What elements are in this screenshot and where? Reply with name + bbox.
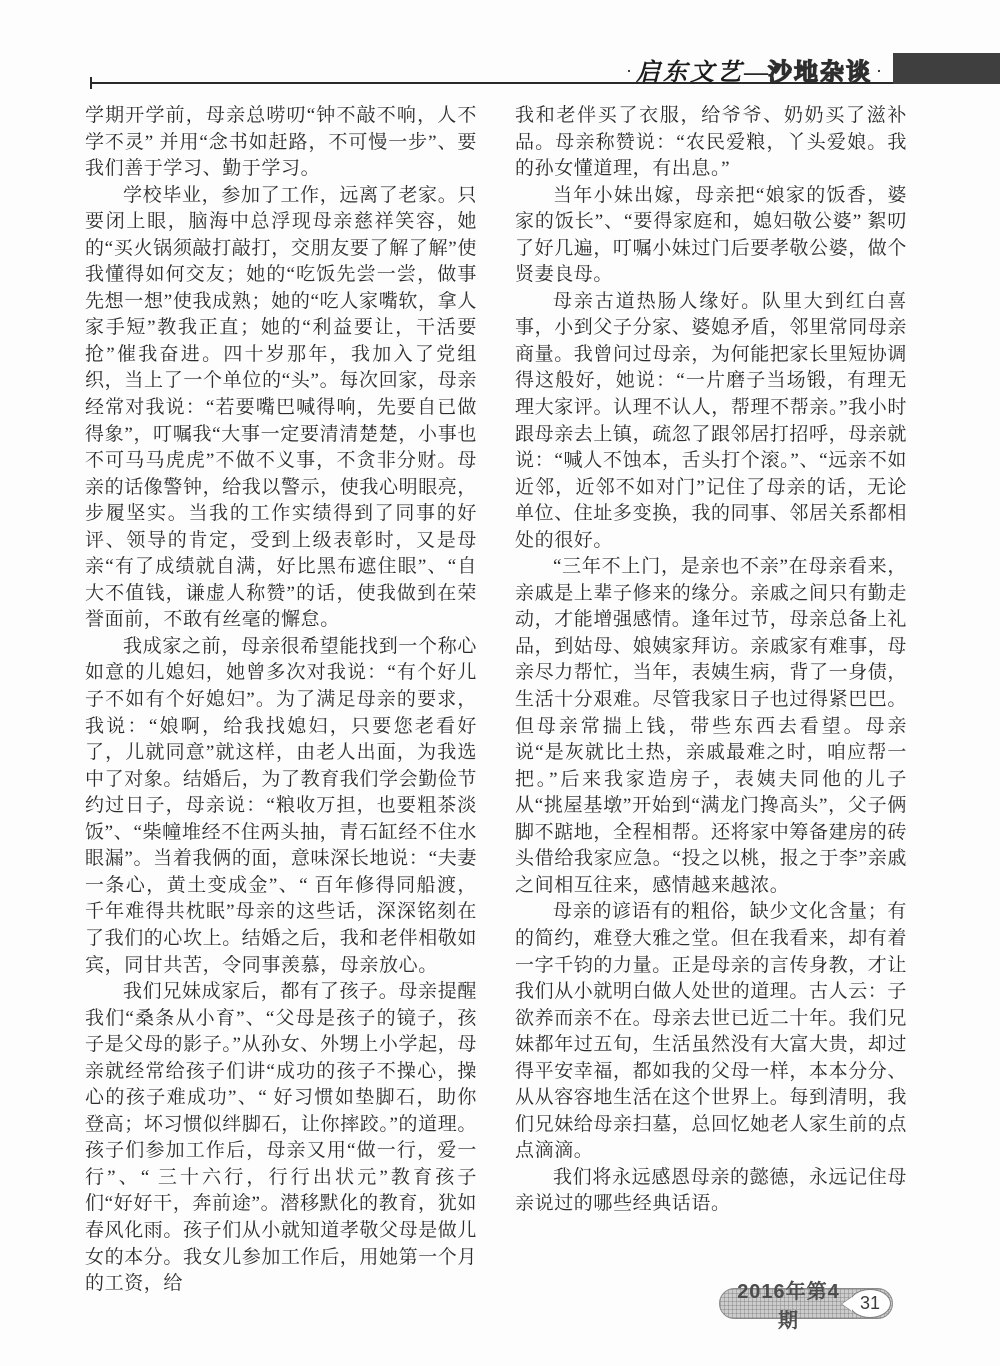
paragraph: 我成家之前，母亲很希望能找到一个称心如意的儿媳妇，她曾多次对我说：“有个好儿子不… [85, 634, 477, 979]
paragraph: 学校毕业，参加了工作，远离了老家。只要闭上眼，脑海中总浮现母亲慈祥笑容，她的“买… [85, 183, 477, 634]
magazine-page: ·启东文艺—沙地杂谈· 学期开学前，母亲总唠叨“钟不敲不响，人不学不灵” 并用“… [0, 0, 1000, 1366]
paragraph: 母亲古道热肠人缘好。队里大到红白喜事，小到父子分家、婆媳矛盾，邻里常同母亲商量。… [515, 289, 907, 554]
issue-label: 2016年第4期 [720, 1275, 849, 1333]
right-column: 我和老伴买了衣服，给爷爷、奶奶买了滋补品。母亲称赞说：“农民爱粮，丫头爱娘。我的… [515, 103, 907, 1298]
paragraph: “三年不上门，是亲也不亲”在母亲看来，亲戚是上辈子修来的缘分。亲戚之间只有勤走动… [515, 554, 907, 899]
footer-issue-badge: 2016年第4期 31 [719, 1288, 893, 1319]
header-right-dot: · [872, 61, 886, 81]
header-corner-block [893, 53, 1000, 84]
header-left-dot: · [622, 61, 636, 81]
page-number-badge: 31 [849, 1289, 891, 1318]
paragraph: 母亲的谚语有的粗俗，缺少文化含量；有的简约，难登大雅之堂。但在我看来，却有着一字… [515, 899, 907, 1164]
left-column: 学期开学前，母亲总唠叨“钟不敲不响，人不学不灵” 并用“念书如赶路，不可慢一步”… [85, 103, 477, 1298]
paragraph: 我们兄妹成家后，都有了孩子。母亲提醒我们“桑条从小育”、“父母是孩子的镜子，孩子… [85, 979, 477, 1298]
paragraph: 学期开学前，母亲总唠叨“钟不敲不响，人不学不灵” 并用“念书如赶路，不可慢一步”… [85, 103, 477, 183]
paragraph: 我们将永远感恩母亲的懿德，永远记住母亲说过的哪些经典话语。 [515, 1165, 907, 1218]
paragraph: 我和老伴买了衣服，给爷爷、奶奶买了滋补品。母亲称赞说：“农民爱粮，丫头爱娘。我的… [515, 103, 907, 183]
article-body: 学期开学前，母亲总唠叨“钟不敲不响，人不学不灵” 并用“念书如赶路，不可慢一步”… [85, 103, 907, 1298]
paragraph: 当年小妹出嫁，母亲把“娘家的饭香，婆家的饭长”、“要得家庭和，媳妇敬公婆” 絮叨… [515, 183, 907, 289]
header-rule [90, 82, 893, 84]
